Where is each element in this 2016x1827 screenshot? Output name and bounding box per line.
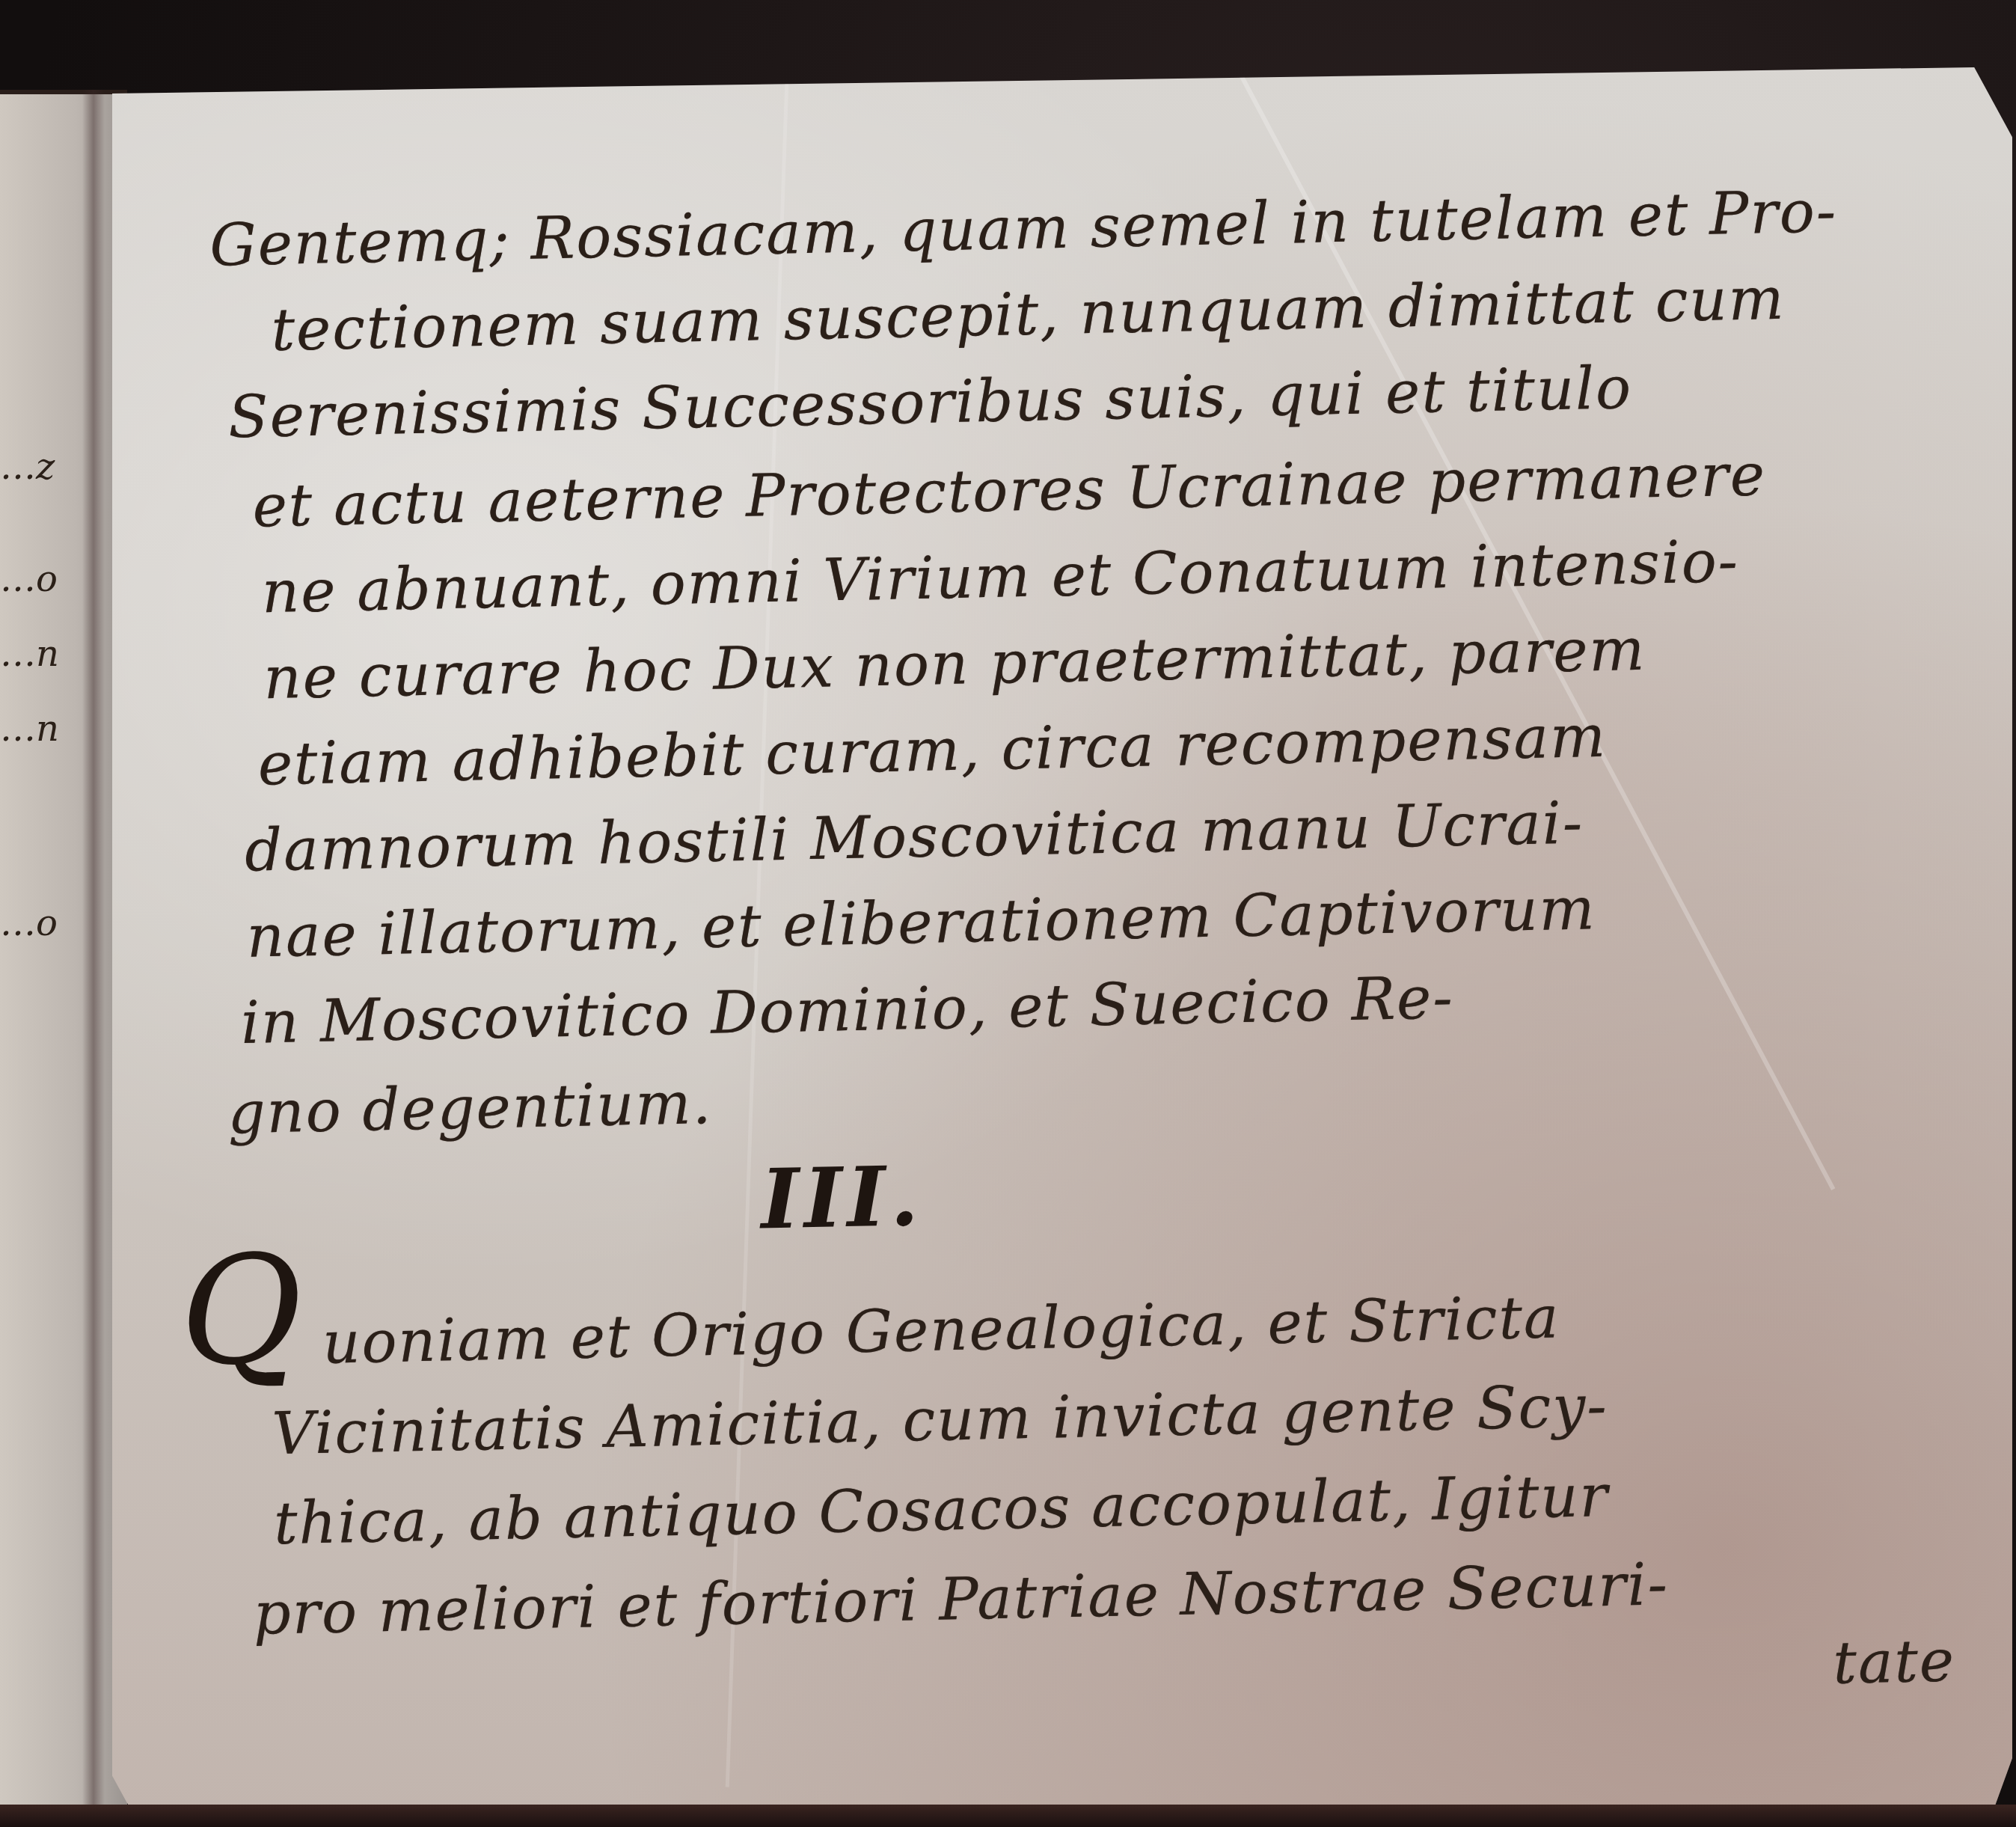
text-line-6: ne curare hoc Dux non praetermittat, par…: [263, 616, 1647, 713]
section-text-line-3: thica, ab antiquo Cosacos accopulat, Igi…: [273, 1463, 1610, 1558]
text-line-3: Serenissimis Successoribus suis, qui et …: [227, 355, 1633, 451]
text-line-1: Gentemq; Rossiacam, quam semel in tutela…: [209, 178, 1838, 280]
left-page-fragment: …o: [0, 558, 58, 600]
section-text-line-2: Vicinitatis Amicitia, cum invicta gente …: [272, 1373, 1609, 1468]
section-heading: III.: [760, 1148, 924, 1248]
left-page-fragment: …o: [0, 902, 58, 944]
left-page-fragment: …n: [0, 708, 59, 750]
decorative-initial: Q: [178, 1235, 304, 1387]
left-page-fragment: …n: [0, 633, 59, 675]
display-case-edge: [0, 1805, 2016, 1827]
text-line-10: in Moscovitico Dominio, et Suecico Re-: [240, 964, 1454, 1057]
manuscript-page: Gentemq; Rossiacam, quam semel in tutela…: [112, 67, 2012, 1811]
manuscript-text: Gentemq; Rossiacam, quam semel in tutela…: [94, 48, 2016, 1827]
left-page-fragment: …z: [0, 446, 55, 488]
section-text-line-1: uoniam et Origo Genealogica, et Stricta: [322, 1284, 1560, 1377]
book-gutter: [82, 90, 105, 1811]
left-facing-page: …z …o …n …n …o: [0, 90, 127, 1815]
text-line-9: nae illatorum, et eliberationem Captivor…: [246, 875, 1596, 971]
section-text-line-4: pro meliori et fortiori Patriae Nostrae …: [253, 1551, 1670, 1648]
text-line-8: damnorum hostili Moscovitica manu Ucrai-: [244, 789, 1584, 884]
text-line-5: ne abnuant, omni Virium et Conatuum inte…: [261, 528, 1740, 626]
section-text-line-5: tate: [1833, 1627, 1956, 1697]
text-line-4: et actu aeterne Protectores Ucrainae per…: [252, 441, 1767, 540]
text-line-2: tectionem suam suscepit, nunquam dimitta…: [271, 266, 1786, 364]
text-line-11: gno degentium.: [227, 1070, 713, 1148]
text-line-7: etiam adhibebit curam, circa recompensam: [257, 703, 1608, 799]
